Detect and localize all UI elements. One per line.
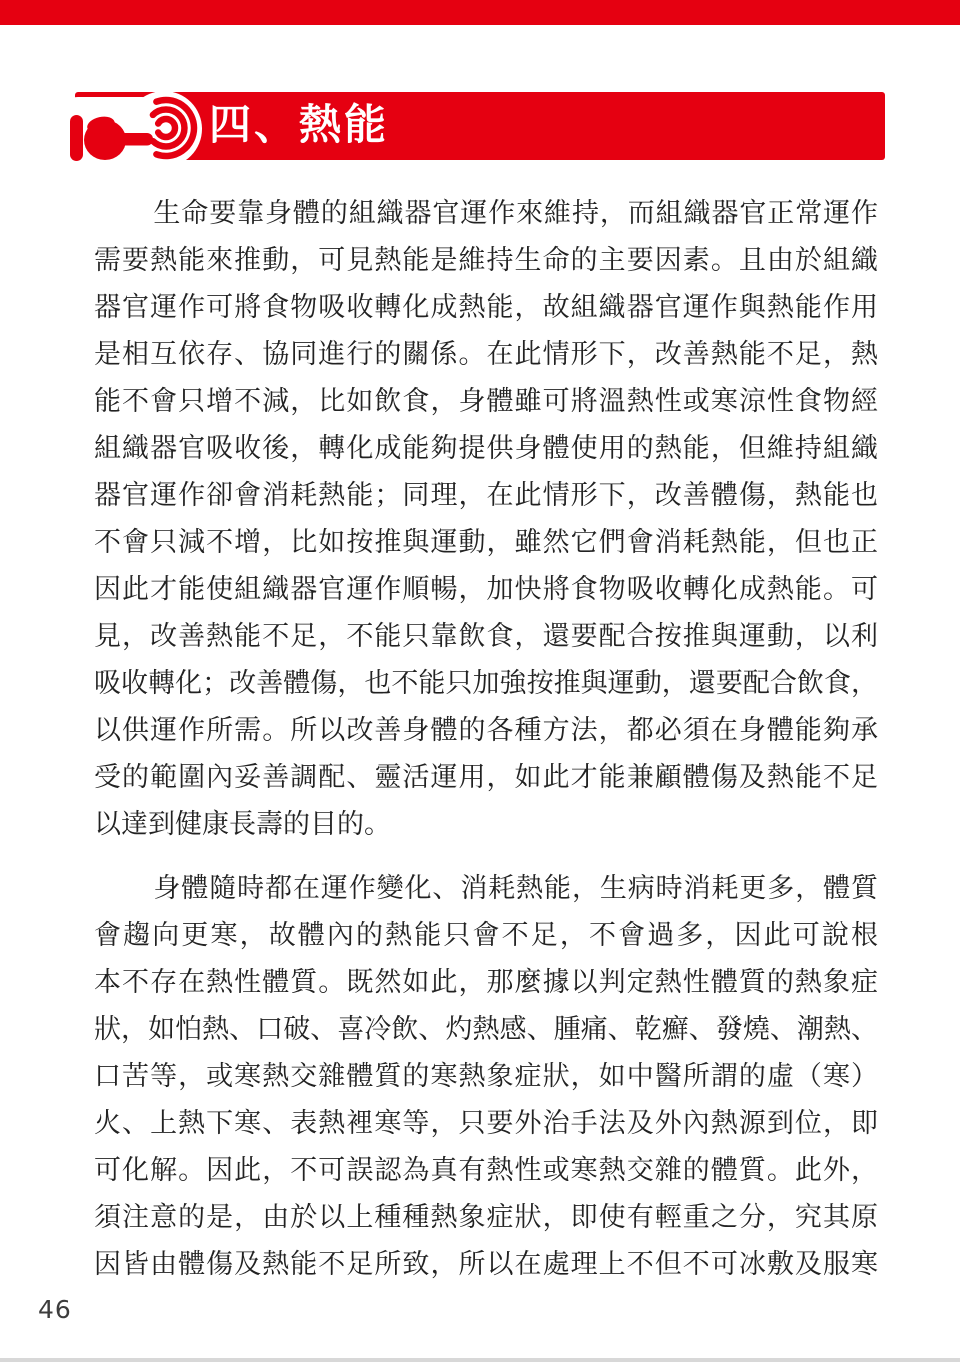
page-number: 46 (38, 1295, 72, 1324)
text-line: 受的範圍內妥善調配、靈活運用，如此才能兼顧體傷及熱能不足 (94, 754, 878, 801)
text-line: 身體隨時都在運作變化、消耗熱能，生病時消耗更多，體質 (94, 865, 878, 912)
top-red-strip (0, 0, 960, 25)
paragraph-1: 生命要靠身體的組織器官運作來維持，而組織器官正常運作 需要熱能來推動，可見熱能是… (94, 190, 878, 848)
text-line: 口苦等，或寒熱交雜體質的寒熱象症狀，如中醫所謂的虛（寒） (94, 1053, 878, 1100)
section-title: 四、熱能 (209, 92, 389, 160)
text-line: 需要熱能來推動，可見熱能是維持生命的主要因素。且由於組織 (94, 237, 878, 284)
text-line: 狀，如怕熱、口破、喜冷飲、灼熱感、腫痛、乾癬、發燒、潮熱、 (94, 1006, 878, 1053)
text-line: 因皆由體傷及熱能不足所致，所以在處理上不但不可冰敷及服寒 (94, 1241, 878, 1288)
text-line: 不會只減不增，比如按推與運動，雖然它們會消耗熱能，但也正 (94, 519, 878, 566)
text-line: 見，改善熱能不足，不能只靠飲食，還要配合按推與運動，以利 (94, 613, 878, 660)
text-line: 組織器官吸收後，轉化成能夠提供身體使用的熱能，但維持組織 (94, 425, 878, 472)
text-line: 能不會只增不減，比如飲食，身體雖可將溫熱性或寒涼性食物經 (94, 378, 878, 425)
book-page: 四、熱能 生命要靠身體的組織器官運作來維持，而組織器官正常運作 需要熱能來推動，… (0, 0, 960, 1362)
text-line: 吸收轉化；改善體傷，也不能只加強按推與運動，還要配合飲食， (94, 660, 878, 707)
pointing-hand-target-icon (56, 92, 208, 178)
text-line: 須注意的是，由於以上種種熱象症狀，即使有輕重之分，究其原 (94, 1194, 878, 1241)
text-line: 器官運作可將食物吸收轉化成熱能，故組織器官運作與熱能作用 (94, 284, 878, 331)
text-line: 是相互依存、協同進行的關係。在此情形下，改善熱能不足，熱 (94, 331, 878, 378)
body-text: 生命要靠身體的組織器官運作來維持，而組織器官正常運作 需要熱能來推動，可見熱能是… (94, 190, 878, 1288)
text-line: 火、上熱下寒、表熱裡寒等，只要外治手法及外內熱源到位，即 (94, 1100, 878, 1147)
text-line: 可化解。因此，不可誤認為真有熱性或寒熱交雜的體質。此外， (94, 1147, 878, 1194)
text-line: 器官運作卻會消耗熱能；同理，在此情形下，改善體傷，熱能也 (94, 472, 878, 519)
page-bottom-edge (0, 1358, 960, 1362)
text-line: 因此才能使組織器官運作順暢，加快將食物吸收轉化成熱能。可 (94, 566, 878, 613)
text-line: 會趨向更寒，故體內的熱能只會不足，不會過多，因此可說根 (94, 912, 878, 959)
text-line: 生命要靠身體的組織器官運作來維持，而組織器官正常運作 (94, 190, 878, 237)
text-line: 本不存在熱性體質。既然如此，那麼據以判定熱性體質的熱象症 (94, 959, 878, 1006)
text-line: 以供運作所需。所以改善身體的各種方法，都必須在身體能夠承 (94, 707, 878, 754)
text-line: 以達到健康長壽的目的。 (94, 801, 878, 848)
paragraph-2: 身體隨時都在運作變化、消耗熱能，生病時消耗更多，體質 會趨向更寒，故體內的熱能只… (94, 865, 878, 1288)
